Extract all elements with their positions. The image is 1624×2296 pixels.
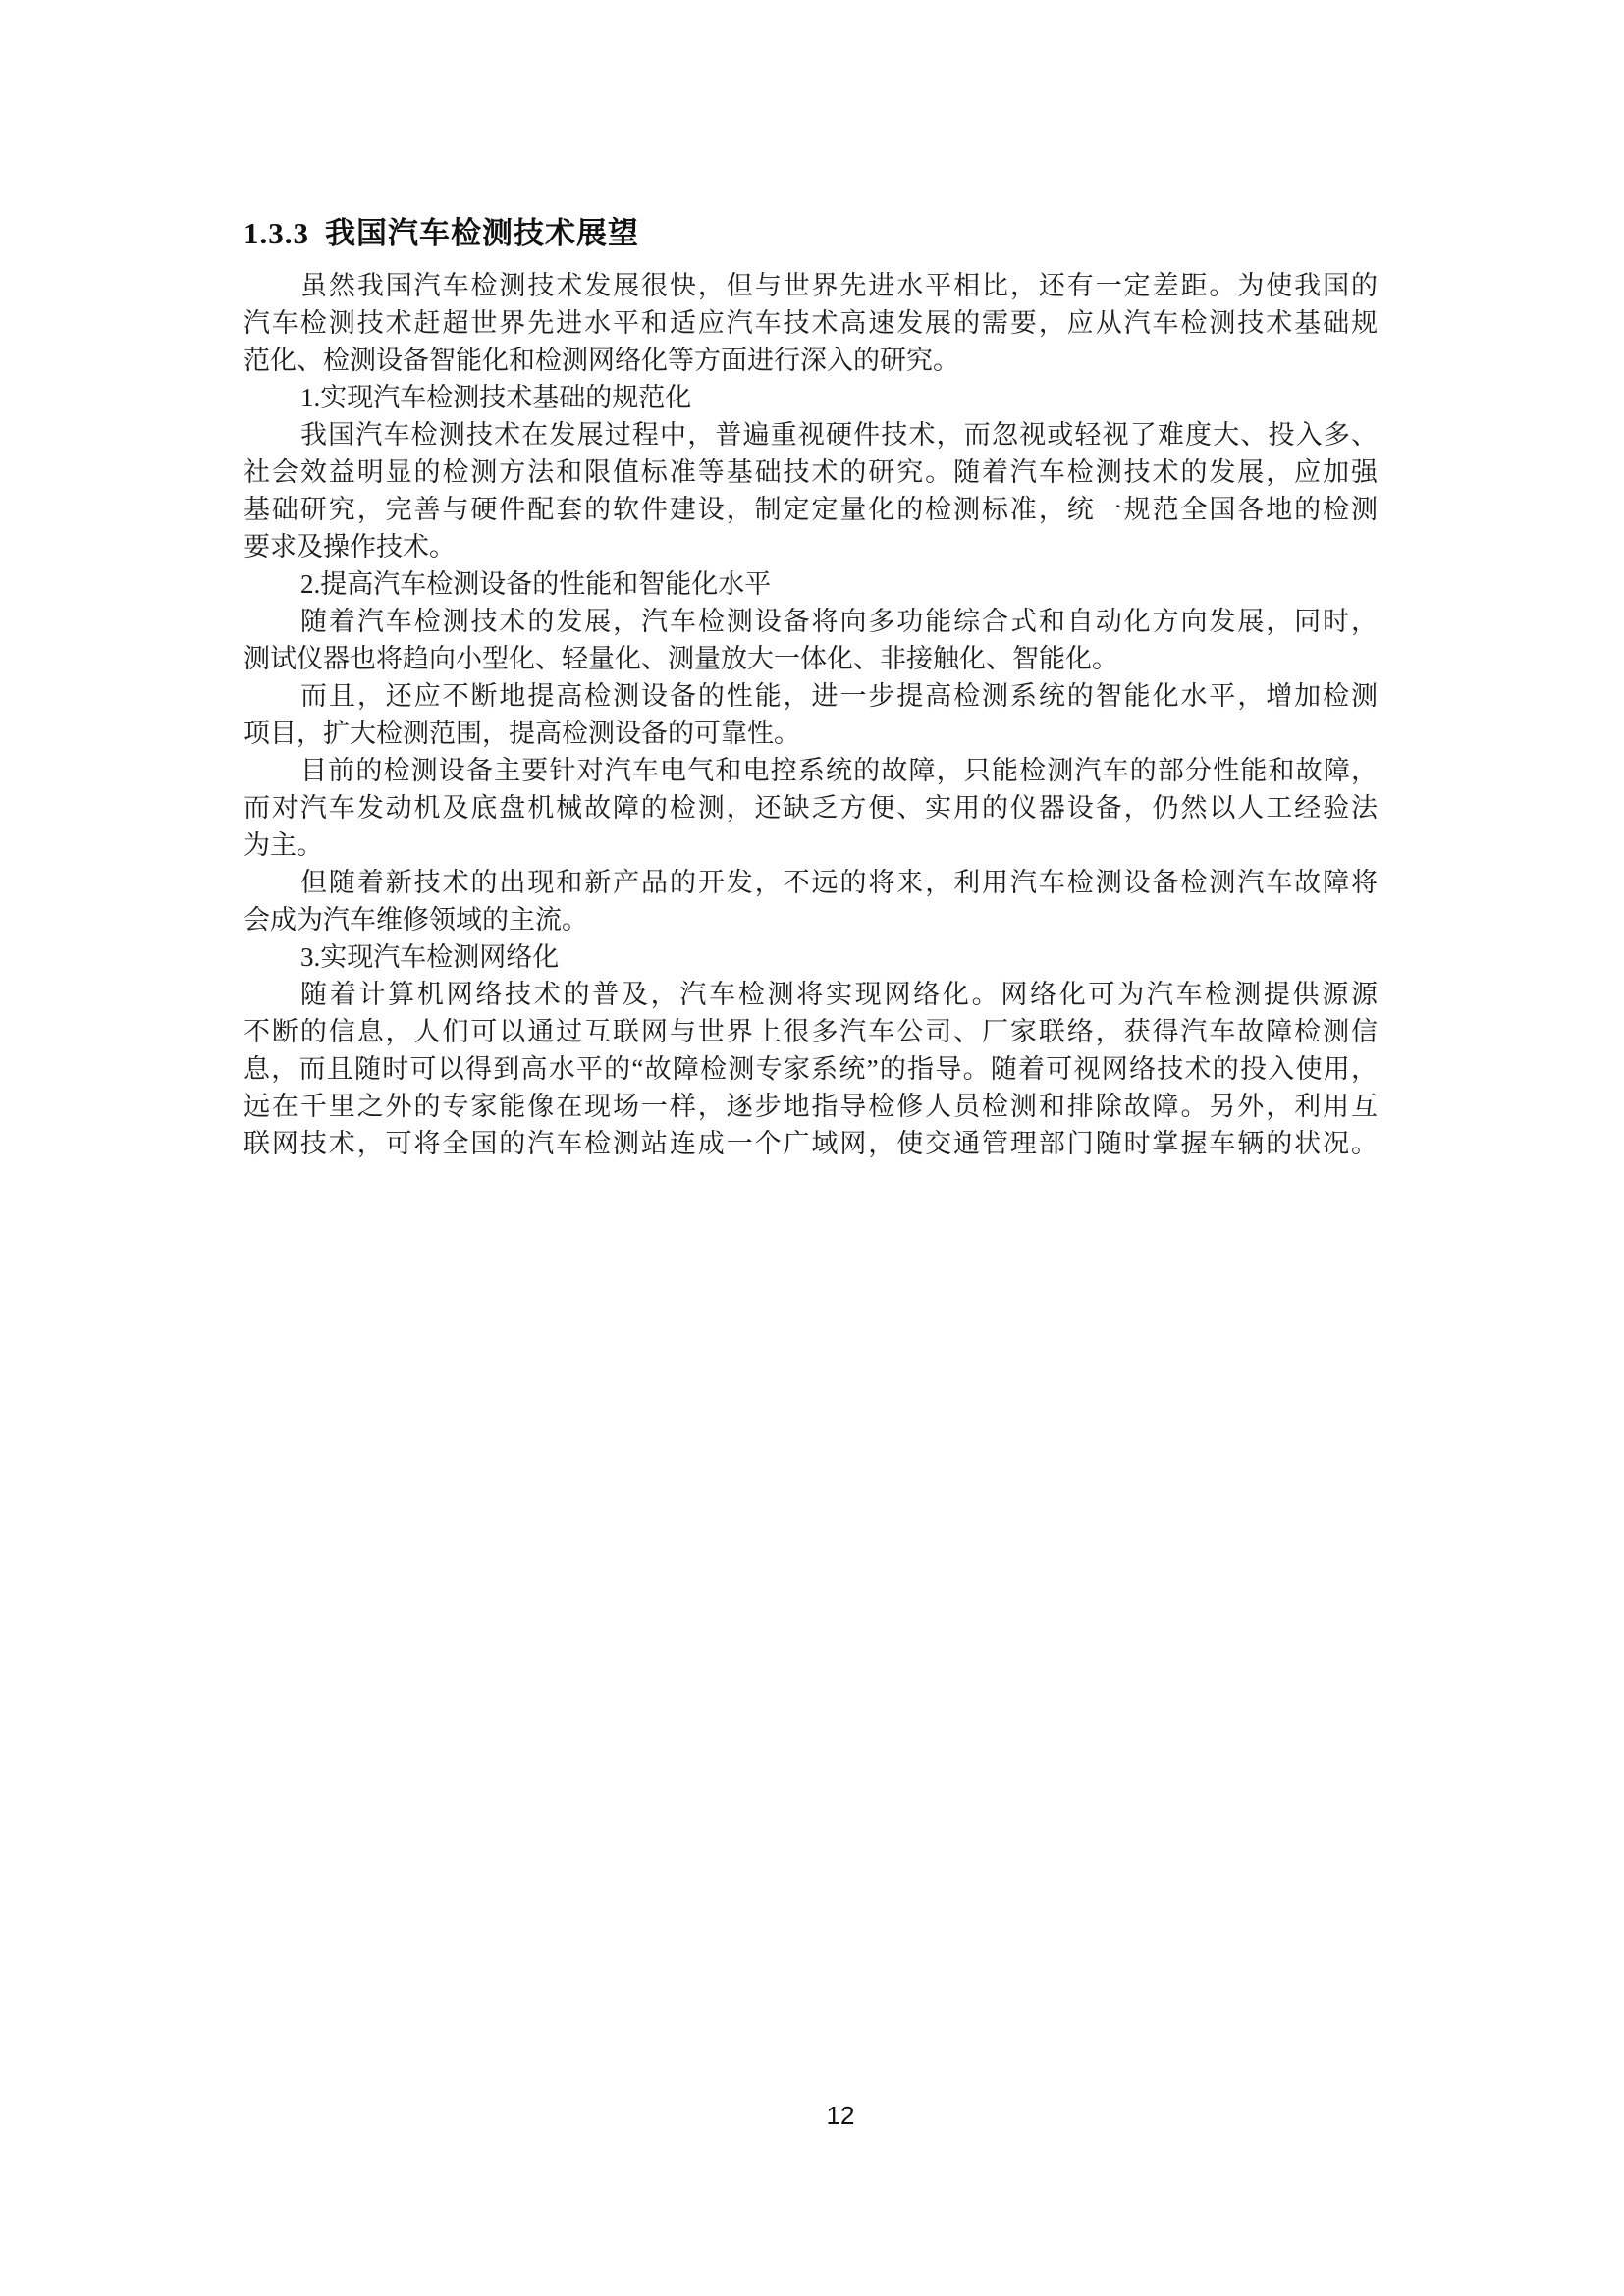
section-heading: 1.3.3我国汽车检测技术展望 <box>244 215 1382 252</box>
text-line: 不断的信息，人们可以通过互联网与世界上很多汽车公司、厂家联络，获得汽车故障检测信 <box>244 1013 1378 1050</box>
text-lines: 虽然我国汽车检测技术发展很快，但与世界先进水平相比，还有一定差距。为使我国的汽车… <box>244 267 1378 1162</box>
text-line: 3.实现汽车检测网络化 <box>244 938 1378 976</box>
text-line: 范化、检测设备智能化和检测网络化等方面进行深入的研究。 <box>244 342 1378 379</box>
text-line: 基础研究，完善与硬件配套的软件建设，制定定量化的检测标准，统一规范全国各地的检测 <box>244 491 1378 528</box>
page-number: 12 <box>785 2099 895 2132</box>
text-line: 测试仪器也将趋向小型化、轻量化、测量放大一体化、非接触化、智能化。 <box>244 640 1378 677</box>
text-line: 虽然我国汽车检测技术发展很快，但与世界先进水平相比，还有一定差距。为使我国的 <box>244 267 1378 304</box>
text-line: 随着汽车检测技术的发展，汽车检测设备将向多功能综合式和自动化方向发展，同时， <box>244 603 1378 640</box>
text-line: 要求及操作技术。 <box>244 528 1378 565</box>
section-heading-title: 我国汽车检测技术展望 <box>325 216 639 250</box>
section-heading-number: 1.3.3 <box>244 216 309 250</box>
text-line: 而对汽车发动机及底盘机械故障的检测，还缺乏方便、实用的仪器设备，仍然以人工经验法 <box>244 789 1378 827</box>
text-line: 随着计算机网络技术的普及，汽车检测将实现网络化。网络化可为汽车检测提供源源 <box>244 976 1378 1013</box>
text-line: 我国汽车检测技术在发展过程中，普遍重视硬件技术，而忽视或轻视了难度大、投入多、 <box>244 416 1378 454</box>
text-line: 远在千里之外的专家能像在现场一样，逐步地指导检修人员检测和排除故障。另外，利用互 <box>244 1088 1378 1125</box>
text-line: 息，而且随时可以得到高水平的“故障检测专家系统”的指导。随着可视网络技术的投入使… <box>244 1050 1378 1088</box>
text-line: 联网技术，可将全国的汽车检测站连成一个广域网，使交通管理部门随时掌握车辆的状况。 <box>244 1125 1378 1162</box>
text-line: 会成为汽车维修领域的主流。 <box>244 901 1378 938</box>
text-line: 但随着新技术的出现和新产品的开发，不远的将来，利用汽车检测设备检测汽车故障将 <box>244 864 1378 901</box>
text-line: 而且，还应不断地提高检测设备的性能，进一步提高检测系统的智能化水平，增加检测 <box>244 677 1378 715</box>
text-line: 2.提高汽车检测设备的性能和智能化水平 <box>244 565 1378 603</box>
text-line: 项目，扩大检测范围，提高检测设备的可靠性。 <box>244 715 1378 752</box>
text-line: 1.实现汽车检测技术基础的规范化 <box>244 379 1378 416</box>
text-line: 为主。 <box>244 827 1378 864</box>
document-page: 1.3.3我国汽车检测技术展望 虽然我国汽车检测技术发展很快，但与世界先进水平相… <box>0 0 1624 2296</box>
text-line: 目前的检测设备主要针对汽车电气和电控系统的故障，只能检测汽车的部分性能和故障， <box>244 752 1378 789</box>
text-line: 社会效益明显的检测方法和限值标准等基础技术的研究。随着汽车检测技术的发展，应加强 <box>244 454 1378 491</box>
text-line: 汽车检测技术赶超世界先进水平和适应汽车技术高速发展的需要，应从汽车检测技术基础规 <box>244 304 1378 342</box>
